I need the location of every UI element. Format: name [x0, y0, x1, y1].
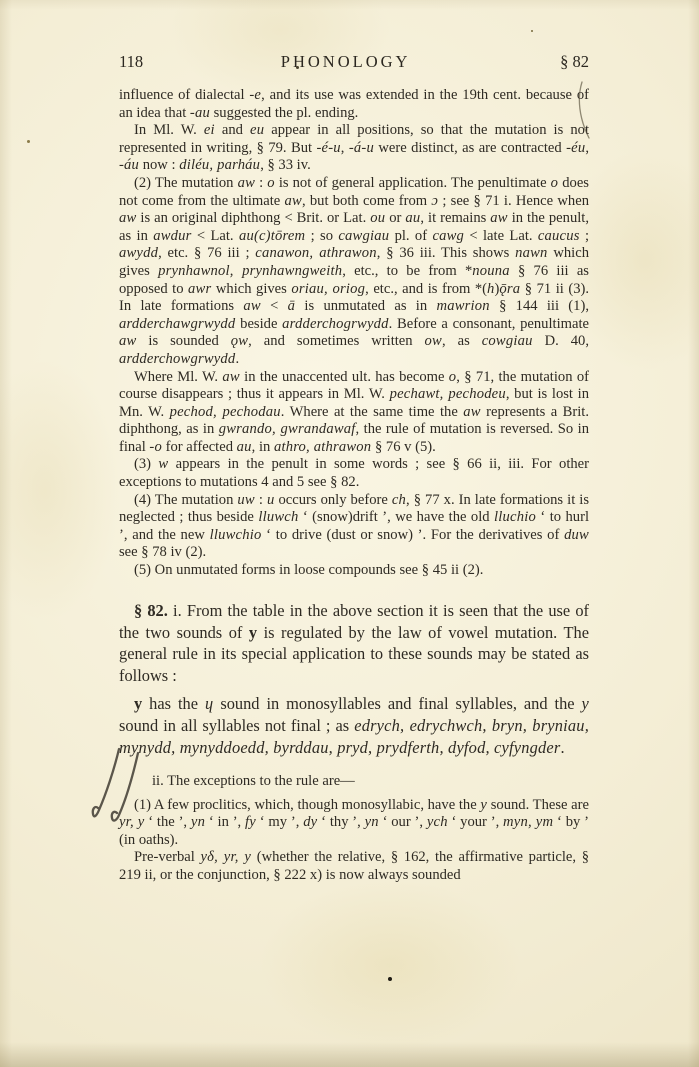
- page-number: 118: [119, 52, 143, 72]
- section-reference: § 82: [560, 52, 589, 72]
- ink-speck: [531, 30, 533, 32]
- note-2-mutation-aw-o: (2) The mutation aw : o is not of genera…: [119, 175, 589, 369]
- page-title: PHONOLOGY: [281, 52, 411, 72]
- note-4-mutation-uw-u: (4) The mutation uw : u occurs only befo…: [119, 492, 589, 562]
- paragraph-pre-verbal: Pre-verbal yδ, yr, y (whether the relati…: [119, 849, 589, 884]
- margin-pencil-check-marks: [84, 742, 150, 838]
- ink-speck: [27, 140, 30, 143]
- ink-dot: [388, 977, 392, 981]
- paragraph-ml-w-ei-eu: In Ml. W. ei and eu appear in all positi…: [119, 122, 589, 175]
- note-3-w-in-penult: (3) w appears in the penult in some word…: [119, 456, 589, 491]
- scanned-book-page: 118 PHONOLOGY § 82 influence of dialecta…: [0, 0, 699, 1067]
- paragraph-dialectal-e: influence of dialectal -e, and its use w…: [119, 87, 589, 122]
- exceptions-heading: ii. The exceptions to the rule are—: [119, 773, 589, 791]
- pen-stroke-mark: [568, 80, 598, 142]
- paper-stain: [260, 880, 520, 1050]
- running-head: 118 PHONOLOGY § 82: [119, 52, 589, 72]
- ink-speck: [296, 66, 299, 69]
- paragraph-where-ml-w-aw: Where Ml. W. aw in the unaccented ult. h…: [119, 369, 589, 457]
- note-5-loose-compounds: (5) On unmutated forms in loose compound…: [119, 562, 589, 580]
- rule-statement-y-sounds: y has the ɥ sound in monosyllables and f…: [119, 693, 589, 759]
- note-1-proclitics: (1) A few proclitics, which, though mono…: [119, 797, 589, 850]
- section-82-intro: § 82. i. From the table in the above sec…: [119, 600, 589, 688]
- text-block: 118 PHONOLOGY § 82 influence of dialecta…: [119, 52, 589, 885]
- paper-stain: [0, 360, 120, 620]
